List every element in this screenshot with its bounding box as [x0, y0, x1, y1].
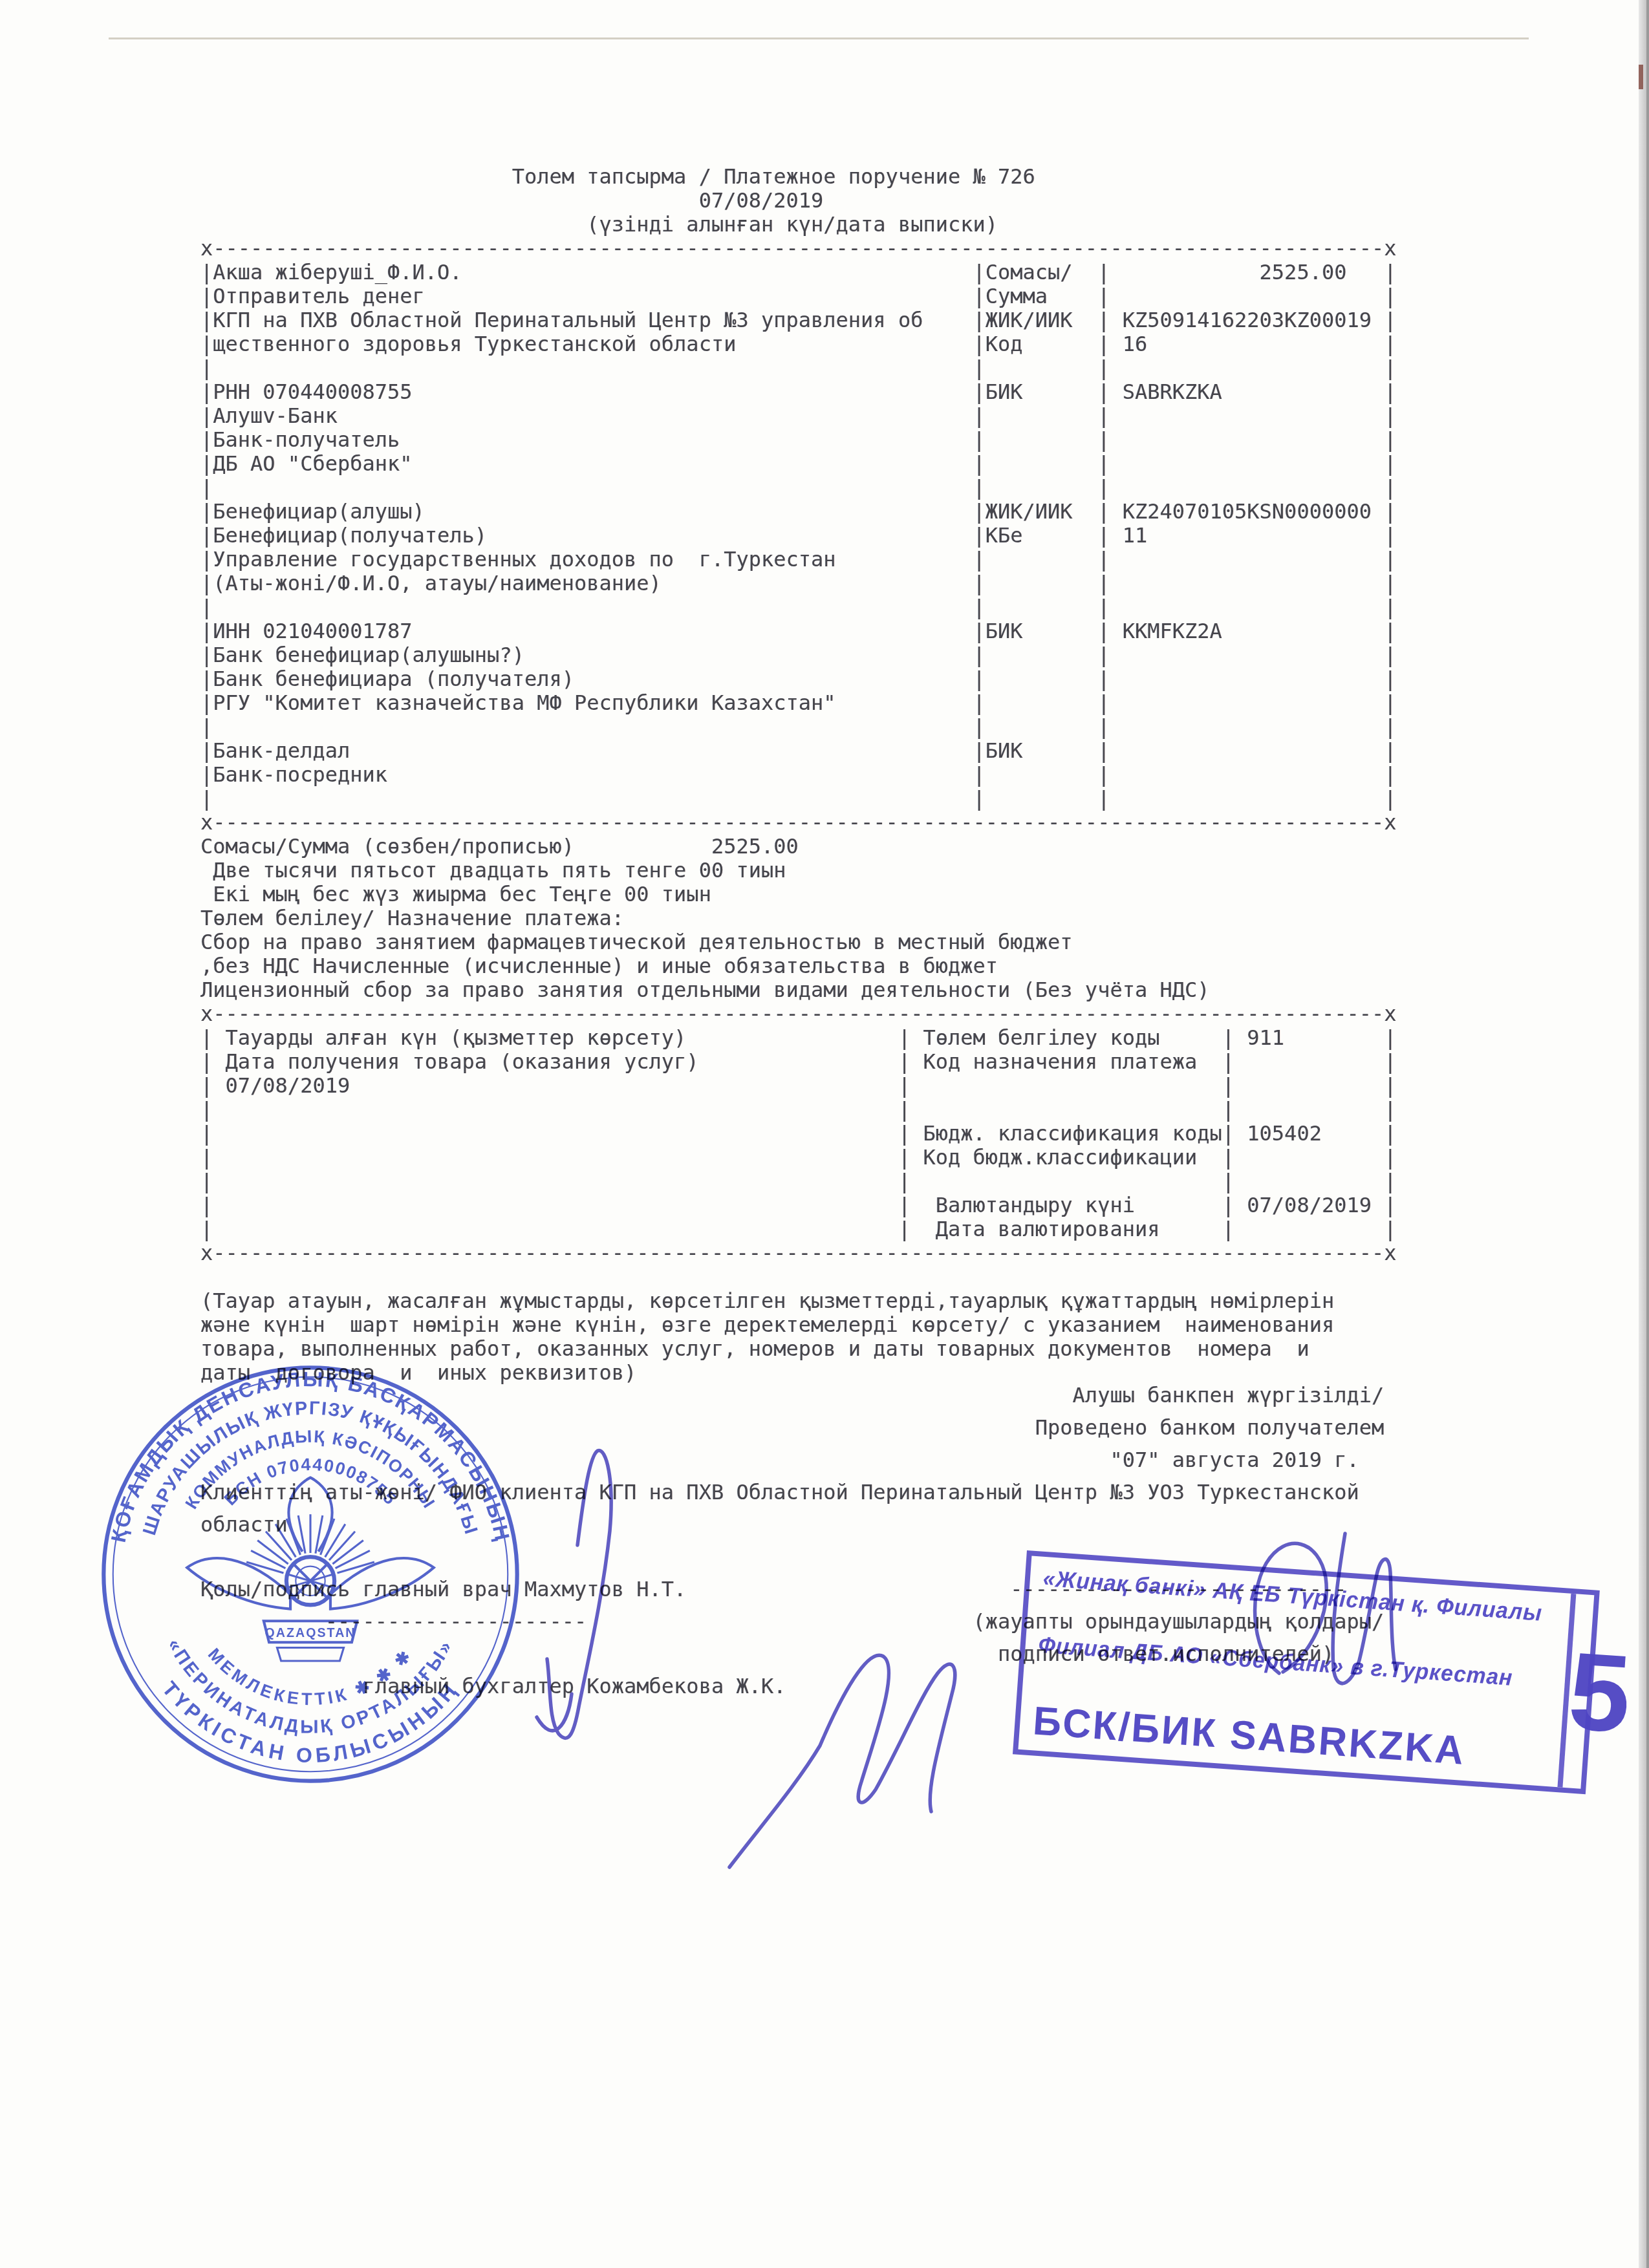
- scanned-payment-order-page: { "page": { "kind": "scanned payment ord…: [0, 0, 1649, 2268]
- payment-order-text: Толем тапсырма / Платежное поручение № 7…: [200, 165, 1397, 1385]
- bank-stamp-bik: БСК/БИК SABRKZKA: [1031, 1698, 1544, 1779]
- bank-stamp: «Жинақ банкі» АҚ ЕБ Түркістан қ. Филиалы…: [1013, 1550, 1600, 1794]
- scan-artifact-top-line: [109, 37, 1529, 39]
- bank-stamp-line2: Филиал ДБ АО «Сбербанк» в г.Туркестан: [1037, 1632, 1538, 1693]
- bank-stamp-line1: «Жинақ банкі» АҚ ЕБ Түркістан қ. Филиалы: [1042, 1566, 1544, 1627]
- bank-stamp-number: 5: [1557, 1594, 1637, 1792]
- scan-artifact-red-mark: [1639, 65, 1643, 89]
- scan-artifact-right-edge: [1646, 0, 1649, 2268]
- bank-stamp-text-block: «Жинақ банкі» АҚ ЕБ Түркістан қ. Филиалы…: [1018, 1556, 1571, 1788]
